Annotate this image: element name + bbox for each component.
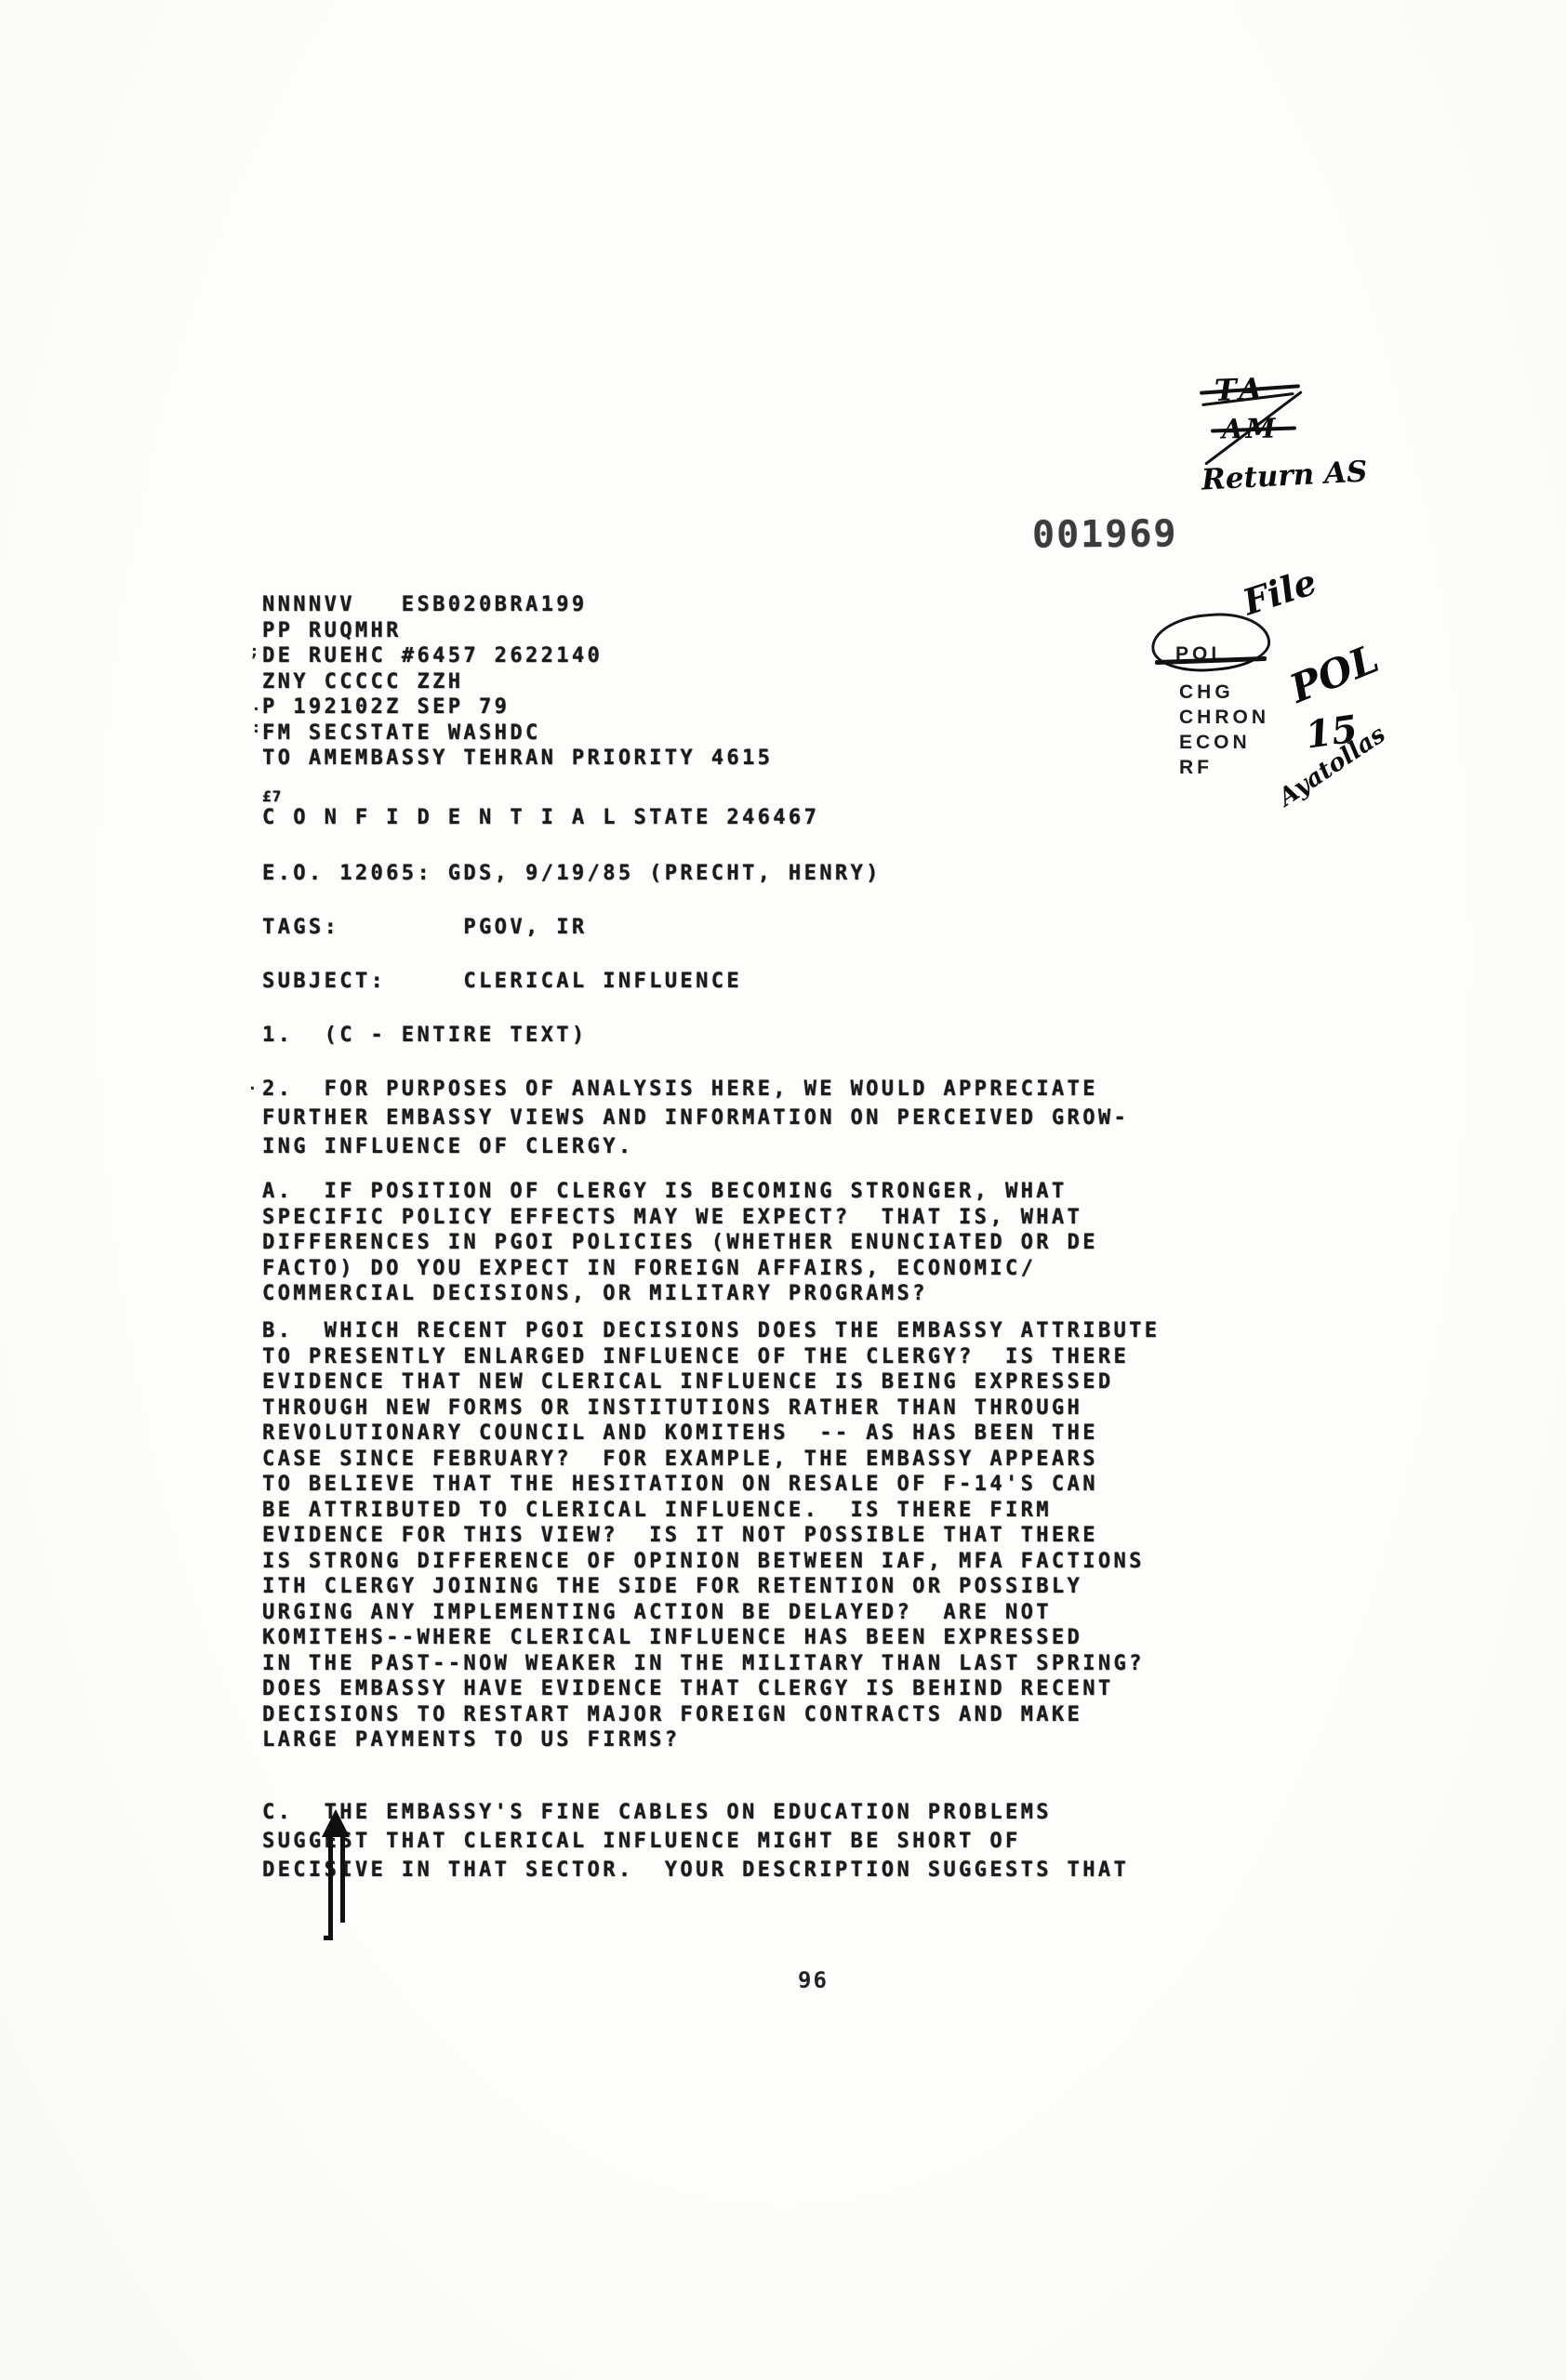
margin-artifact-fm: : bbox=[251, 718, 261, 737]
paragraph-1: 1. (C - ENTIRE TEXT) bbox=[262, 1023, 588, 1049]
scanned-cable-page: NNNNVV ESB020BRA199 PP RUQMHR DE RUEHC #… bbox=[0, 0, 1566, 2380]
serial-number-stamp: 001969 bbox=[1032, 512, 1178, 556]
pol-handwritten-note: POL bbox=[1283, 635, 1385, 711]
dist-stamp-econ: ECON bbox=[1179, 732, 1251, 754]
paragraph-b: B. WHICH RECENT PGOI DECISIONS DOES THE … bbox=[262, 1318, 1160, 1753]
return-as-note: Return AS bbox=[1201, 455, 1368, 496]
paragraph-c: C. THE EMBASSY'S FINE CABLES ON EDUCATIO… bbox=[262, 1798, 1129, 1884]
subject-line: SUBJECT: CLERICAL INFLUENCE bbox=[262, 969, 742, 995]
classification-line: C O N F I D E N T I A L STATE 246467 bbox=[262, 805, 819, 831]
margin-artifact-para2: . bbox=[247, 1075, 258, 1094]
up-arrow-icon bbox=[311, 1807, 361, 1950]
margin-artifact-p: . bbox=[251, 695, 261, 715]
dist-stamp-chron: CHRON bbox=[1179, 707, 1269, 729]
cable-routing-header: NNNNVV ESB020BRA199 PP RUQMHR DE RUEHC #… bbox=[262, 592, 773, 772]
eo-line: E.O. 12065: GDS, 9/19/85 (PRECHT, HENRY) bbox=[262, 861, 882, 887]
paragraph-a: A. IF POSITION OF CLERGY IS BECOMING STR… bbox=[262, 1179, 1098, 1307]
paragraph-2: 2. FOR PURPOSES OF ANALYSIS HERE, WE WOU… bbox=[262, 1075, 1129, 1161]
dist-stamp-rf: RF bbox=[1179, 757, 1213, 779]
tags-line: TAGS: PGOV, IR bbox=[262, 915, 588, 941]
file-note: File bbox=[1238, 561, 1321, 624]
hand-drawn-arrow-annotation bbox=[311, 1807, 361, 1954]
page-number: 96 bbox=[798, 1967, 829, 1993]
dist-stamp-chg: CHG bbox=[1179, 681, 1234, 704]
margin-artifact-de: ; bbox=[249, 641, 259, 661]
